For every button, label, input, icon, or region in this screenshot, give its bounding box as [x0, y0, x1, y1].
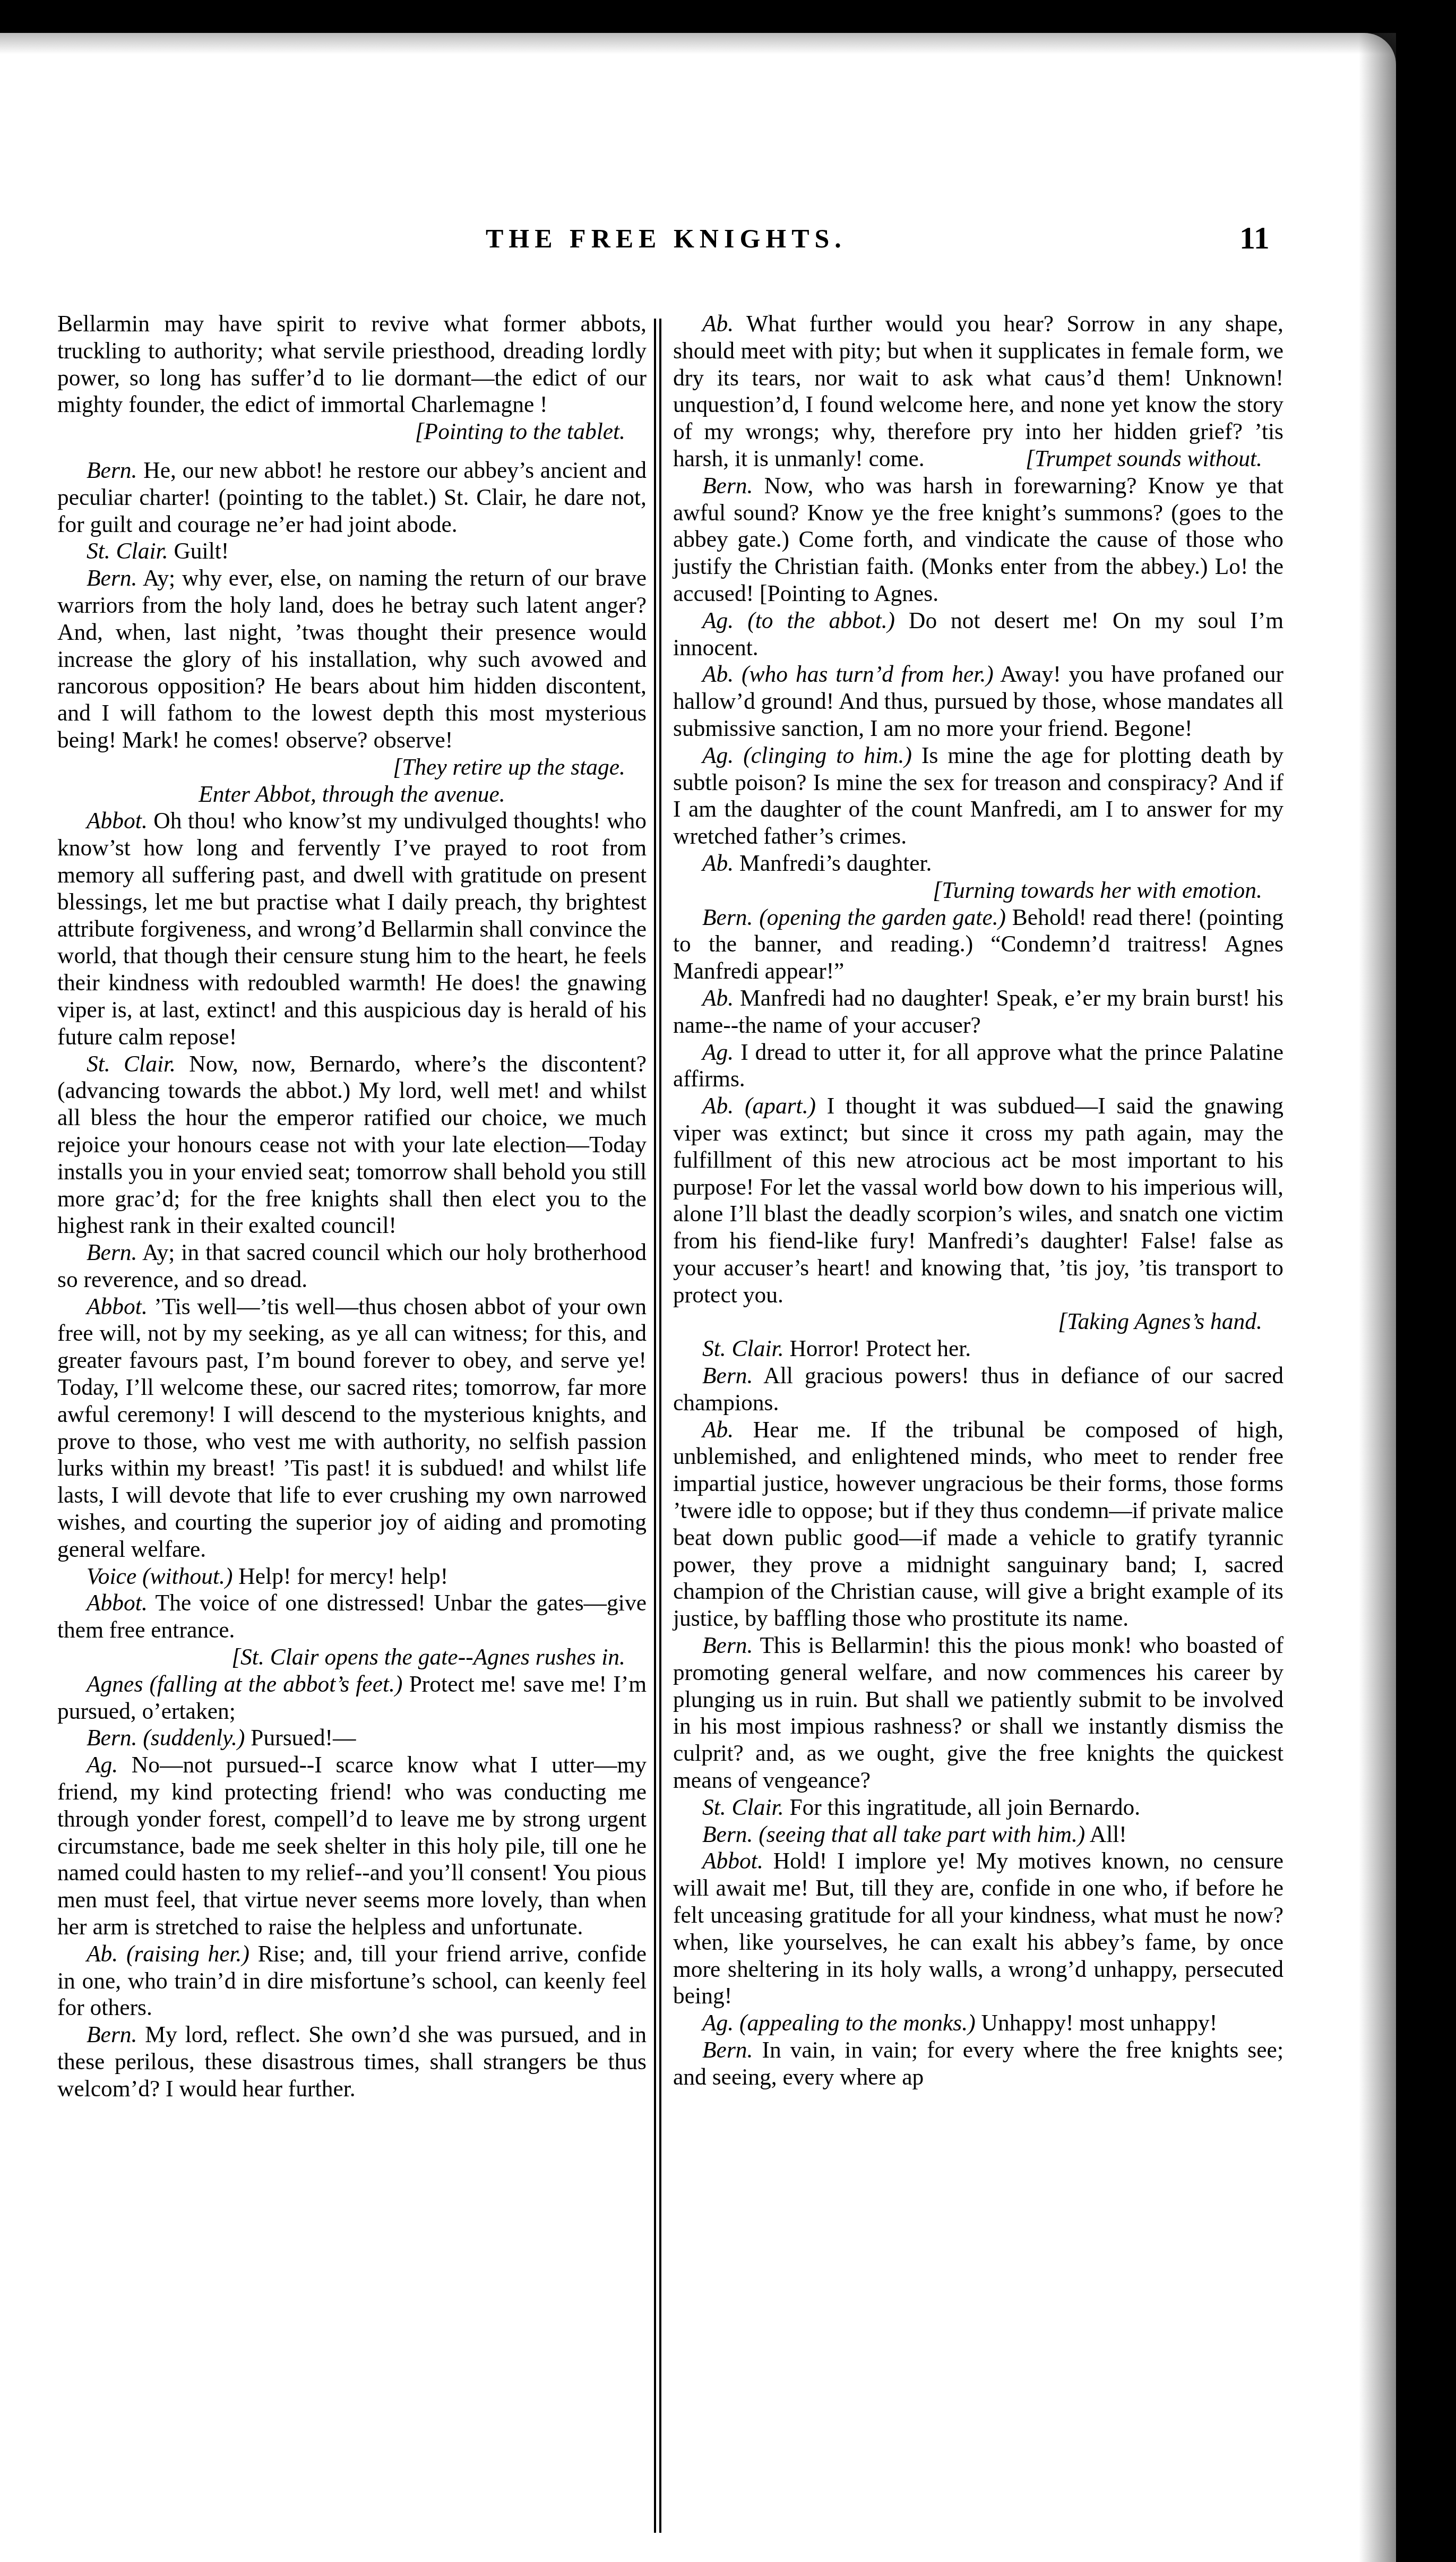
speaker-name: Ag.: [87, 1752, 118, 1778]
speaker-name: Bern.: [87, 565, 137, 591]
dialogue-speech: Bern. He, our new abbot! he restore our …: [57, 457, 647, 538]
dialogue-speech: Voice (without.) Help! for mercy! help!: [57, 1563, 647, 1590]
speaker-name: St. Clair.: [702, 1795, 784, 1820]
dialogue-speech: Bern. Now, who was harsh in forewarning?…: [673, 473, 1283, 607]
speaker-name: Ab.: [702, 1417, 734, 1443]
speaker-name: Abbot.: [702, 1848, 763, 1874]
dialogue-speech: Ab. What further would you hear? Sorrow …: [673, 311, 1283, 473]
speech-text: Ay; why ever, else, on naming the return…: [57, 565, 647, 753]
speech-text: Now, who was harsh in forewarning? Know …: [673, 473, 1283, 606]
speaker-name: St. Clair.: [87, 1051, 176, 1077]
dialogue-speech: Abbot. ’Tis well—’tis well—thus chosen a…: [57, 1293, 647, 1563]
speaker-name: Abbot.: [87, 1590, 148, 1616]
page-number: 11: [1239, 220, 1270, 256]
speaker-name: Ab. (who has turn’d from her.): [702, 662, 994, 687]
dialogue-speech: Bern. This is Bellarmin! this the pious …: [673, 1632, 1283, 1794]
speech-text: Help! for mercy! help!: [238, 1564, 448, 1589]
speaker-name: Bern.: [702, 1363, 753, 1389]
speech-text: In vain, in vain; for every where the fr…: [673, 2037, 1283, 2090]
speech-text: All!: [1090, 1822, 1127, 1847]
speech-text: Manfredi had no daughter! Speak, e’er my…: [673, 986, 1283, 1038]
speaker-name: Bern.: [702, 2037, 753, 2063]
speaker-name: St. Clair.: [87, 538, 168, 564]
speaker-name: Bern. (opening the garden gate.): [702, 905, 1006, 930]
dialogue-speech: Bern. (opening the garden gate.) Behold!…: [673, 904, 1283, 985]
speaker-name: Agnes (falling at the abbot’s feet.): [87, 1672, 402, 1697]
speaker-name: Bern.: [87, 458, 137, 483]
column-divider-double-rule: [654, 319, 661, 2533]
dialogue-speech: Agnes (falling at the abbot’s feet.) Pro…: [57, 1671, 647, 1725]
speech-text: I thought it was subdued—I said the gnaw…: [673, 1093, 1283, 1308]
speaker-name: Bern.: [87, 2022, 137, 2047]
speaker-name: Ab.: [702, 986, 734, 1011]
speaker-name: Abbot.: [87, 1294, 148, 1319]
dialogue-speech: St. Clair. Now, now, Bernardo, where’s t…: [57, 1051, 647, 1240]
speaker-name: Ab. (raising her.): [87, 1941, 249, 1967]
dialogue-speech: Ab. (apart.) I thought it was subdued—I …: [673, 1093, 1283, 1308]
dialogue-speech: St. Clair. Horror! Protect her.: [673, 1335, 1283, 1363]
speaker-name: Voice (without.): [87, 1564, 232, 1589]
dialogue-speech: Ab. Hear me. If the tribunal be composed…: [673, 1417, 1283, 1632]
dialogue-speech: Ab. Manfredi’s daughter.: [673, 850, 1283, 877]
running-head: THE FREE KNIGHTS. 11: [0, 223, 1396, 265]
scan-shadow-top: [0, 33, 1396, 54]
dialogue-speech: Ab. (who has turn’d from her.) Away! you…: [673, 661, 1283, 742]
dialogue-speech: Ag. I dread to utter it, for all approve…: [673, 1039, 1283, 1093]
speech-text: Ay; in that sacred council which our hol…: [57, 1240, 647, 1292]
dialogue-speech: Bern. Ay; why ever, else, on naming the …: [57, 565, 647, 754]
dialogue-speech: Abbot. The voice of one distressed! Unba…: [57, 1590, 647, 1644]
speech-text: Unhappy! most unhappy!: [981, 2010, 1218, 2036]
speech-text: He, our new abbot! he restore our abbey’…: [57, 458, 647, 537]
stage-direction: [Trumpet sounds without.: [996, 445, 1262, 473]
dialogue-speech: Ag. (to the abbot.) Do not desert me! On…: [673, 607, 1283, 662]
dialogue-speech: Bern. My lord, reflect. She own’d she wa…: [57, 2021, 647, 2102]
stage-direction: [Pointing to the tablet.: [57, 418, 647, 445]
speech-text: Now, now, Bernardo, where’s the disconte…: [57, 1051, 647, 1239]
dialogue-speech: St. Clair. Guilt!: [57, 538, 647, 565]
speech-text: Manfredi’s daughter.: [739, 851, 932, 876]
dialogue-speech: Ag. No—not pursued--I scarce know what I…: [57, 1752, 647, 1941]
stage-direction: [Turning towards her with emotion.: [673, 877, 1283, 904]
dialogue-speech: Bern. Ay; in that sacred council which o…: [57, 1239, 647, 1293]
scan-shadow-edge: [1359, 33, 1396, 2562]
speech-text: My lord, reflect. She own’d she was purs…: [57, 2022, 647, 2102]
speech-text: Pursued!—: [251, 1725, 356, 1751]
stage-direction: [Taking Agnes’s hand.: [673, 1308, 1283, 1335]
speech-text: Horror! Protect her.: [789, 1336, 971, 1361]
speech-text: This is Bellarmin! this the pious monk! …: [673, 1633, 1283, 1793]
speech-text: All gracious powers! thus in defiance of…: [673, 1363, 1283, 1416]
speaker-name: Ab.: [702, 311, 734, 337]
speaker-name: Bern.: [87, 1240, 137, 1265]
speaker-name: Ag. (to the abbot.): [702, 608, 895, 633]
right-column: Ab. What further would you hear? Sorrow …: [673, 311, 1283, 2091]
speech-text: Oh thou! who know’st my undivulged thoug…: [57, 808, 647, 1049]
speaker-name: Bern. (suddenly.): [87, 1725, 245, 1751]
dialogue-speech: Ab. Manfredi had no daughter! Speak, e’e…: [673, 985, 1283, 1039]
speech-text: Hold! I implore ye! My motives known, no…: [673, 1848, 1283, 2009]
entrance-direction: Enter Abbot, through the avenue.: [57, 781, 647, 808]
speech-text: I dread to utter it, for all approve wha…: [673, 1040, 1283, 1092]
speaker-name: Bern.: [702, 1633, 753, 1658]
dialogue-speech: Abbot. Hold! I implore ye! My motives kn…: [673, 1848, 1283, 2010]
continued-paragraph: Bellarmin may have spirit to revive what…: [57, 311, 647, 418]
speech-text: Hear me. If the tribunal be composed of …: [673, 1417, 1283, 1632]
speech-text: No—not pursued--I scarce know what I utt…: [57, 1752, 647, 1940]
dialogue-speech: Bern. In vain, in vain; for every where …: [673, 2037, 1283, 2091]
speaker-name: Ab. (apart.): [702, 1093, 816, 1119]
dialogue-speech: Bern. (seeing that all take part with hi…: [673, 1821, 1283, 1848]
dialogue-speech: Ag. (clinging to him.) Is mine the age f…: [673, 742, 1283, 850]
dialogue-speech: Bern. All gracious powers! thus in defia…: [673, 1363, 1283, 1417]
speaker-name: Bern. (seeing that all take part with hi…: [702, 1822, 1085, 1847]
speech-text: ’Tis well—’tis well—thus chosen abbot of…: [57, 1294, 647, 1562]
dialogue-speech: St. Clair. For this ingratitude, all joi…: [673, 1794, 1283, 1821]
speaker-name: Bern.: [702, 473, 753, 499]
speaker-name: Ag.: [702, 1040, 734, 1065]
dialogue-speech: Ag. (appealing to the monks.) Unhappy! m…: [673, 2010, 1283, 2037]
speaker-name: St. Clair.: [702, 1336, 784, 1361]
paragraph-gap: [57, 445, 647, 457]
left-column: Bellarmin may have spirit to revive what…: [57, 311, 647, 2103]
speaker-name: Ag. (appealing to the monks.): [702, 2010, 976, 2036]
speaker-name: Ab.: [702, 851, 734, 876]
speaker-name: Abbot.: [87, 808, 148, 834]
dialogue-speech: Ab. (raising her.) Rise; and, till your …: [57, 1941, 647, 2021]
speech-text: For this ingratitude, all join Bernardo.: [789, 1795, 1140, 1820]
running-title: THE FREE KNIGHTS.: [486, 223, 847, 254]
dialogue-speech: Abbot. Oh thou! who know’st my undivulge…: [57, 808, 647, 1050]
dialogue-speech: Bern. (suddenly.) Pursued!—: [57, 1725, 647, 1752]
speech-text: Guilt!: [174, 538, 229, 564]
stage-direction: [They retire up the stage.: [57, 754, 647, 781]
speaker-name: Ag. (clinging to him.): [702, 743, 912, 768]
stage-direction: [St. Clair opens the gate--Agnes rushes …: [57, 1644, 647, 1671]
